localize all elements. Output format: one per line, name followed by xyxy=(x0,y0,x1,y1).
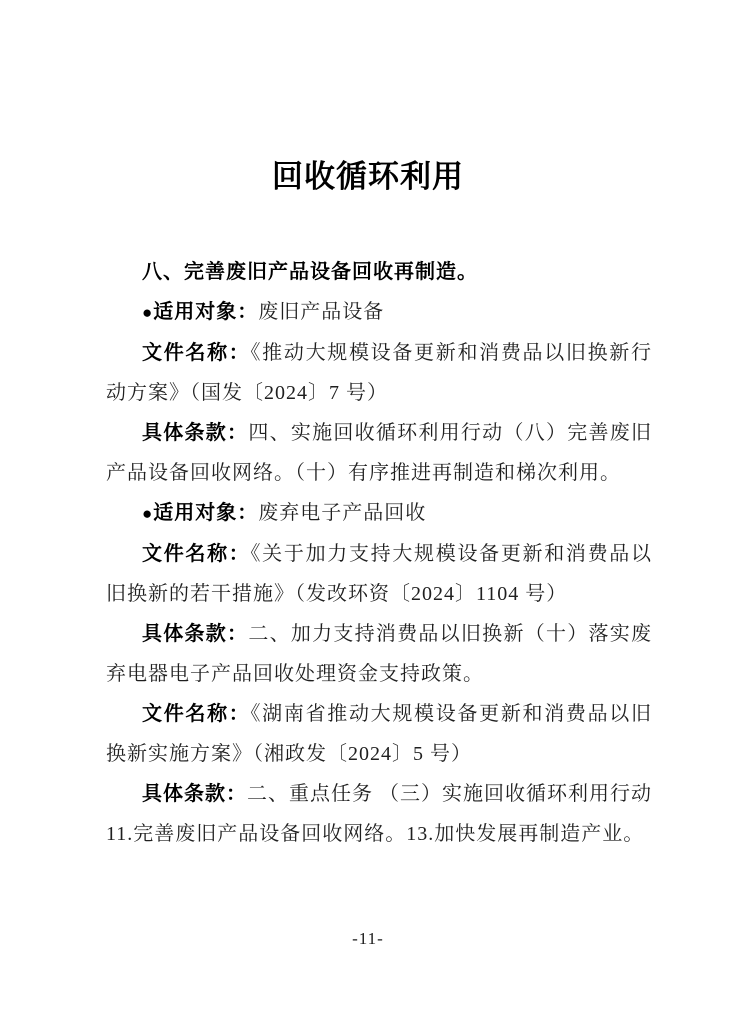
field-label: 具体条款： xyxy=(142,783,247,805)
field-label: 文件名称： xyxy=(142,342,250,364)
item-paragraph: 文件名称：《关于加力支持大规模设备更新和消费品以旧换新的若干措施》（发改环资〔2… xyxy=(106,534,652,614)
bullet-paragraph: ●适用对象：废旧产品设备 xyxy=(106,292,652,333)
field-label: 具体条款： xyxy=(142,422,248,444)
section-heading: 八、完善废旧产品设备回收再制造。 xyxy=(106,252,652,292)
item-paragraph: 文件名称：《湖南省推动大规模设备更新和消费品以旧换新实施方案》（湘政发〔2024… xyxy=(106,694,652,774)
item-paragraph: 具体条款：四、实施回收循环利用行动（八）完善废旧产品设备回收网络。（十）有序推进… xyxy=(106,413,652,493)
bullet-dot-icon: ● xyxy=(142,303,153,322)
field-label: 文件名称： xyxy=(142,543,250,565)
field-label: 适用对象： xyxy=(153,301,258,323)
field-label: 具体条款： xyxy=(142,623,248,645)
item-paragraph: 具体条款：二、重点任务 （三）实施回收循环利用行动 11.完善废旧产品设备回收网… xyxy=(106,774,652,854)
page-number: -11- xyxy=(0,928,736,950)
page-title: 回收循环利用 xyxy=(0,157,736,197)
field-label: 文件名称： xyxy=(142,703,250,725)
bullet-paragraph: ●适用对象：废弃电子产品回收 xyxy=(106,493,652,534)
item-paragraph: 具体条款：二、加力支持消费品以旧换新（十）落实废弃电器电子产品回收处理资金支持政… xyxy=(106,614,652,694)
field-label: 适用对象： xyxy=(153,502,258,524)
field-text: 废旧产品设备 xyxy=(258,301,384,323)
document-page: 回收循环利用 八、完善废旧产品设备回收再制造。 ●适用对象：废旧产品设备 文件名… xyxy=(0,0,736,1009)
bullet-dot-icon: ● xyxy=(142,504,153,523)
item-paragraph: 文件名称：《推动大规模设备更新和消费品以旧换新行动方案》（国发〔2024〕7 号… xyxy=(106,333,652,413)
field-text: 废弃电子产品回收 xyxy=(258,502,426,524)
document-body: 八、完善废旧产品设备回收再制造。 ●适用对象：废旧产品设备 文件名称：《推动大规… xyxy=(106,252,652,854)
